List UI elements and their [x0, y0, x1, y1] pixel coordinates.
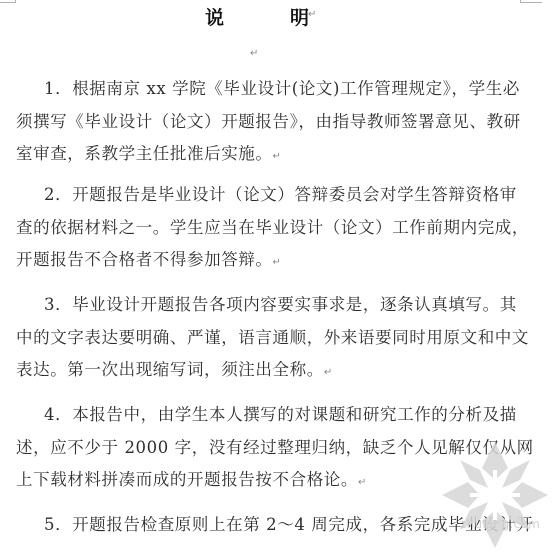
title-char-2: 明	[290, 3, 309, 30]
paragraph-mark-icon: ↵	[273, 257, 282, 268]
paragraph-5: 5．开题报告检查原则上在第 2～4 周完成，各系完成毕业设计开	[16, 509, 496, 542]
paragraph-line-text: 上下载材料拼凑而成的开题报告按不合格论。	[16, 470, 358, 489]
paragraph-line: 中的文字表达要明确、严谨，语言通顺，外来语要同时用原文和中文	[16, 322, 496, 355]
paragraph-line: 开题报告不合格者不得参加答辩。↵	[16, 244, 496, 277]
paragraph-line: 查的依据材料之一。学生应当在毕业设计（论文）工作前期内完成，	[16, 212, 496, 245]
paragraph-mark-icon: ↵	[358, 477, 367, 488]
paragraph-mark-icon: ↵	[324, 367, 333, 378]
paragraph-line-text: 表达。第一次出现缩写词，须注出全称。	[16, 360, 324, 379]
paragraph-line: 5．开题报告检查原则上在第 2～4 周完成，各系完成毕业设计开	[16, 509, 496, 542]
paragraph-mark-icon: ↵	[273, 151, 282, 162]
paragraph-line: 1．根据南京 xx 学院《毕业设计(论文)工作管理规定》，学生必	[16, 73, 496, 106]
paragraph-1: 1．根据南京 xx 学院《毕业设计(论文)工作管理规定》，学生必 须撰写《毕业设…	[16, 73, 496, 171]
paragraph-mark-icon: ↵	[308, 9, 316, 20]
paragraph-3: 3．毕业设计开题报告各项内容要实事求是，逐条认真填写。其 中的文字表达要明确、严…	[16, 289, 496, 387]
document-title: 说 明 ↵	[0, 3, 560, 31]
paragraph-line: 须撰写《毕业设计（论文）开题报告》，由指导教师签署意见、教研	[16, 106, 496, 139]
paragraph-2: 2．开题报告是毕业设计（论文）答辩委员会对学生答辩资格审 查的依据材料之一。学生…	[16, 179, 496, 277]
paragraph-line: 3．毕业设计开题报告各项内容要实事求是，逐条认真填写。其	[16, 289, 496, 322]
title-char-1: 说	[205, 3, 224, 30]
empty-paragraph-mark-icon: ↵	[250, 48, 258, 59]
paragraph-line: 室审查，系教学主任批准后实施。↵	[16, 138, 496, 171]
paragraph-line: 4．本报告中，由学生本人撰写的对课题和研究工作的分析及描	[16, 399, 496, 432]
paragraph-line: 上下载材料拼凑而成的开题报告按不合格论。↵	[16, 464, 496, 497]
paragraph-line-text: 室审查，系教学主任批准后实施。	[16, 144, 273, 163]
paragraph-line: 2．开题报告是毕业设计（论文）答辩委员会对学生答辩资格审	[16, 179, 496, 212]
paragraph-line: 述，应不少于 2000 字，没有经过整理归纳，缺乏个人见解仅仅从网	[16, 432, 496, 465]
zhulong-logo-icon	[440, 440, 550, 550]
watermark-text: zhulong.com	[460, 517, 540, 531]
paragraph-line-text: 开题报告不合格者不得参加答辩。	[16, 250, 273, 269]
paragraph-line: 表达。第一次出现缩写词，须注出全称。↵	[16, 354, 496, 387]
paragraph-4: 4．本报告中，由学生本人撰写的对课题和研究工作的分析及描 述，应不少于 2000…	[16, 399, 496, 497]
